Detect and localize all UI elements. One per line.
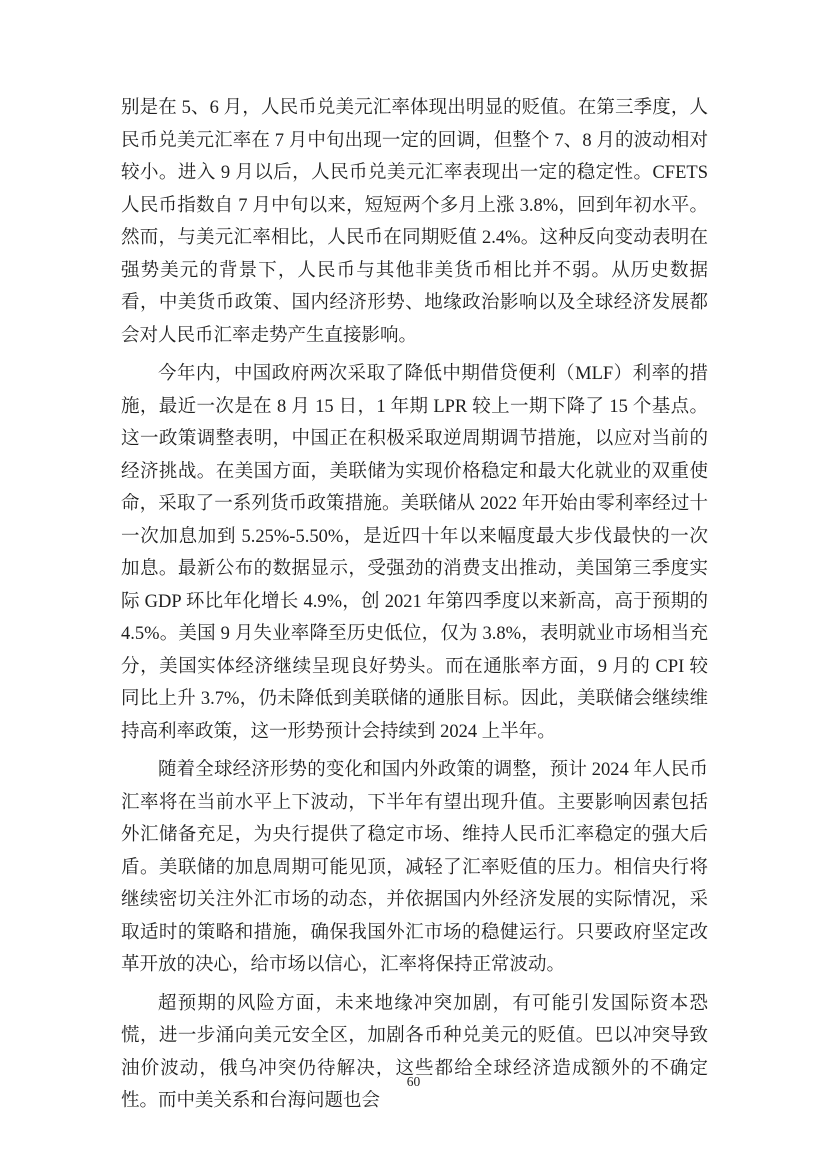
page-number: 60: [0, 1074, 827, 1090]
body-paragraph-outlook: 随着全球经济形势的变化和国内外政策的调整，预计 2024 年人民币汇率将在当前水…: [121, 754, 708, 982]
body-paragraph-continuation: 别是在 5、6 月，人民币兑美元汇率体现出明显的贬值。在第三季度，人民币兑美元汇…: [121, 92, 708, 352]
document-page: 别是在 5、6 月，人民币兑美元汇率体现出明显的贬值。在第三季度，人民币兑美元汇…: [0, 0, 827, 1169]
text-body: 别是在 5、6 月，人民币兑美元汇率体现出明显的贬值。在第三季度，人民币兑美元汇…: [121, 92, 708, 1118]
body-paragraph-risks: 超预期的风险方面，未来地缘冲突加剧，有可能引发国际资本恐慌，进一步涌向美元安全区…: [121, 988, 708, 1118]
body-paragraph-policy: 今年内，中国政府两次采取了降低中期借贷便利（MLF）利率的措施，最近一次是在 8…: [121, 358, 708, 748]
